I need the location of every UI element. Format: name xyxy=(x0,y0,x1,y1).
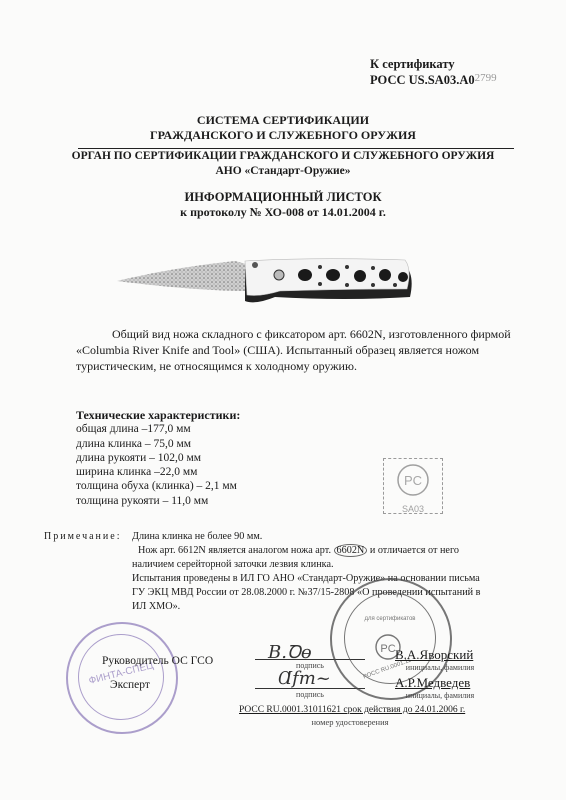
certification-mark: PC SA03 xyxy=(383,458,443,514)
specs-title: Технические характеристики: xyxy=(76,408,240,422)
expert-label: Эксперт xyxy=(110,679,150,691)
expert-name: А.Р.Медведев xyxy=(395,675,470,691)
certification-body-title: ОРГАН ПО СЕРТИФИКАЦИИ ГРАЖДАНСКОГО И СЛУ… xyxy=(0,149,566,164)
cert-ref-line2: РОСС US.SA03.A0 xyxy=(370,73,475,87)
expert-certificate-number: РОСС RU.0001.31011621 срок действия до 2… xyxy=(239,705,465,715)
expert-signature: Ɑfm~ xyxy=(278,668,331,689)
right-stamp-inner: для сертификатов xyxy=(360,616,420,622)
expert-name-caption: инициалы, фамилия xyxy=(390,691,490,700)
note-label: Примечание: xyxy=(44,531,121,542)
rst-logo-icon: PC xyxy=(384,459,442,499)
note-line4: Испытания проведены в ИЛ ГО АНО «Стандар… xyxy=(132,572,532,586)
head-name: В.А.Яворский xyxy=(395,647,473,663)
system-title-line1: СИСТЕМА СЕРТИФИКАЦИИ xyxy=(0,113,566,128)
head-name-caption: инициалы, фамилия xyxy=(390,663,490,672)
note-text: Длина клинка не более 90 мм. Нож арт. 66… xyxy=(132,530,532,614)
head-label: Руководитель ОС ГСО xyxy=(102,655,213,667)
spec-item: ширина клинка –22,0 мм xyxy=(76,465,240,479)
description-line3: туристическим, не относящимся к холодном… xyxy=(76,358,516,374)
certification-body-name: АНО «Стандарт-Оружие» xyxy=(0,164,566,179)
expert-sign-caption: подпись xyxy=(280,690,340,699)
note-line3: наличием серейторной заточки лезвия клин… xyxy=(132,558,532,572)
cert-mark-code: SA03 xyxy=(384,504,442,514)
knife-description: Общий вид ножа складного с фиксатором ар… xyxy=(76,326,516,374)
cert-ref-line1: К сертификату xyxy=(370,56,497,72)
svg-text:PC: PC xyxy=(404,473,422,488)
document-title: ИНФОРМАЦИОННЫЙ ЛИСТОК xyxy=(0,190,566,205)
technical-specifications: Технические характеристики: общая длина … xyxy=(76,408,240,508)
note-line2-pre: Нож арт. 6612N является аналогом ножа ар… xyxy=(138,545,331,556)
spec-item: общая длина –177,0 мм xyxy=(76,422,240,436)
spec-item: толщина рукояти – 11,0 мм xyxy=(76,494,240,508)
note-line5: ГУ ЭКЦ МВД России от 28.08.2000 г. №37/1… xyxy=(132,586,532,600)
spec-item: толщина обуха (клинка) – 2,1 мм xyxy=(76,479,240,493)
certificate-reference: К сертификату РОСС US.SA03.A02799 xyxy=(370,56,497,88)
left-company-stamp: ФИНТА-СПЕЦ xyxy=(66,622,178,734)
spec-item: длина рукояти – 102,0 мм xyxy=(76,451,240,465)
description-line1: Общий вид ножа складного с фиксатором ар… xyxy=(76,326,516,342)
cert-handwritten-number: 2799 xyxy=(475,72,497,84)
cert-number-caption: номер удостоверения xyxy=(290,717,410,727)
description-line2: «Columbia River Knife and Tool» (США). И… xyxy=(76,342,516,358)
folding-knife-photo xyxy=(115,245,425,310)
svg-text:PC: PC xyxy=(380,643,395,655)
document-subtitle: к протоколу № ХО-008 от 14.01.2004 г. xyxy=(0,205,566,220)
note-line1: Длина клинка не более 90 мм. xyxy=(132,530,532,544)
system-title-line2: ГРАЖДАНСКОГО И СЛУЖЕБНОГО ОРУЖИЯ xyxy=(0,128,566,143)
spec-item: длина клинка – 75,0 мм xyxy=(76,437,240,451)
note-line2-post: и отличается от него xyxy=(370,545,459,556)
note-circled-article: 6602N xyxy=(334,544,368,557)
note-line6: ИЛ ХМО». xyxy=(132,600,532,614)
